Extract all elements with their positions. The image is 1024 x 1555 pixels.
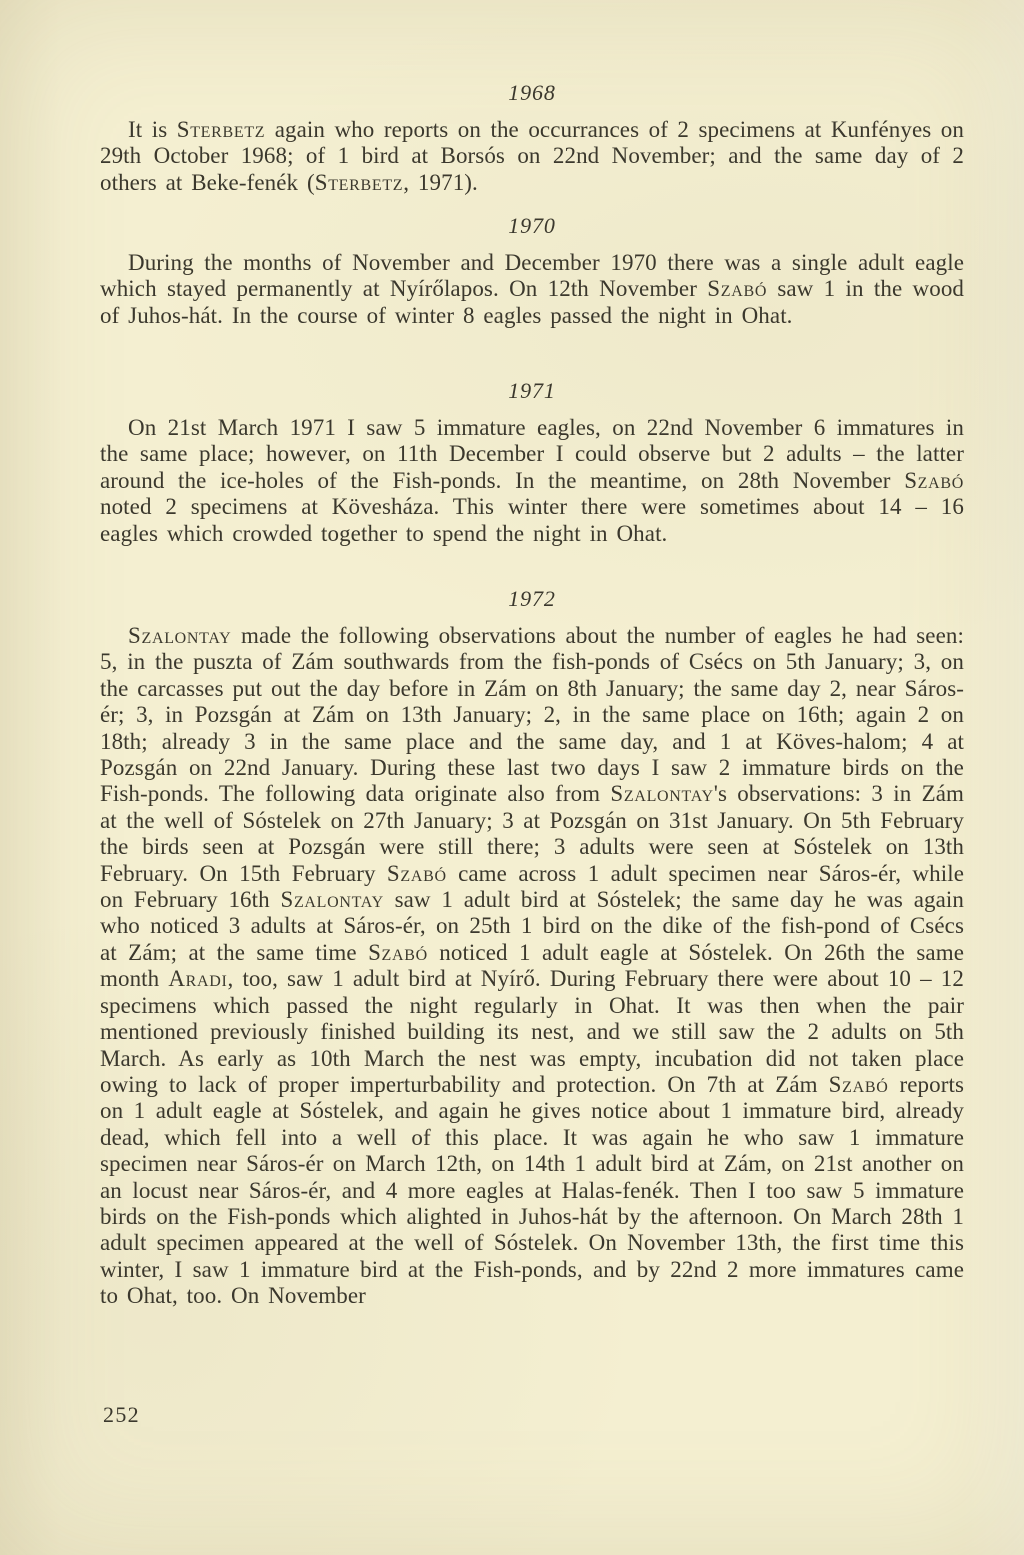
year-heading-1968: 1968 [100, 80, 964, 106]
year-heading-1971: 1971 [100, 378, 964, 404]
author-name: Sterbetz [177, 117, 266, 142]
author-name: Szalontay [280, 887, 383, 912]
author-name: Aradi [168, 966, 227, 991]
text-run: It is [128, 117, 177, 142]
text-run: On 21st March 1971 I saw 5 immature eagl… [100, 415, 964, 493]
paragraph-1972: Szalontay made the following observation… [100, 623, 964, 1310]
text-run: reports on 1 adult eagle at Sóstelek, an… [100, 1072, 964, 1308]
text-run: , 1971). [403, 170, 478, 195]
text-run: made the following observations about th… [100, 623, 964, 806]
author-name: Szalontay [610, 781, 713, 806]
author-name: Sterbetz [315, 170, 404, 195]
page-number: 252 [103, 1402, 140, 1428]
text-run: noted 2 specimens at Kövesháza. This win… [100, 494, 964, 545]
paragraph-1971: On 21st March 1971 I saw 5 immature eagl… [100, 415, 964, 547]
author-name: Szabó [829, 1072, 889, 1097]
section-1968: 1968 It is Sterbetz again who reports on… [100, 80, 964, 196]
scanned-journal-page: 1968 It is Sterbetz again who reports on… [0, 0, 1024, 1555]
section-1970: 1970 During the months of November and D… [100, 213, 964, 329]
author-name: Szabó [368, 940, 428, 965]
section-1971: 1971 On 21st March 1971 I saw 5 immature… [100, 378, 964, 547]
paragraph-1970: During the months of November and Decemb… [100, 250, 964, 329]
author-name: Szalontay [128, 623, 231, 648]
year-heading-1972: 1972 [100, 586, 964, 612]
author-name: Szabó [387, 861, 447, 886]
year-heading-1970: 1970 [100, 213, 964, 239]
author-name: Szabó [707, 276, 767, 301]
author-name: Szabó [904, 468, 964, 493]
paragraph-1968: It is Sterbetz again who reports on the … [100, 117, 964, 196]
section-1972: 1972 Szalontay made the following observ… [100, 586, 964, 1310]
